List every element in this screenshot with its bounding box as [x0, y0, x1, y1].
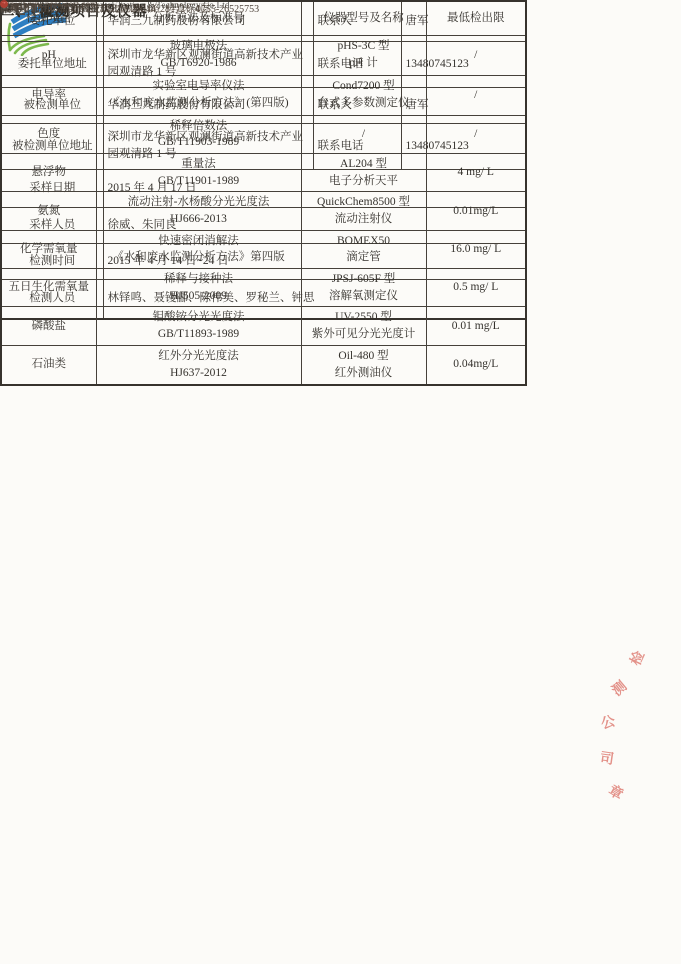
instrument-cell: / [301, 115, 426, 153]
cell-line: GB/T11893-1989 [101, 326, 297, 343]
cell-line: 稀释与接种法 [101, 271, 297, 288]
method-cell: 玻璃电极法GB/T6920-1986 [96, 35, 301, 75]
cell-line: Oil-480 型 [306, 348, 422, 365]
instrument-cell: QuickChem8500 型流动注射仪 [301, 192, 426, 230]
items-table: 检测项目分析方法及标准号仪器型号及名称最低检出限pH玻璃电极法GB/T6920-… [0, 0, 527, 386]
item-cell: 氨氮 [1, 192, 96, 230]
item-cell: 悬浮物 [1, 153, 96, 191]
items-row: 五日生化需氧量稀释与接种法HJ505-2009JPSJ-605F 型溶解氧测定仪… [1, 268, 526, 306]
cell-line: 稀释倍数法 [101, 118, 297, 135]
item-cell: 磷酸盐 [1, 307, 96, 345]
instrument-cell: UV-2550 型紫外可见分光光度计 [301, 307, 426, 345]
limit-cell: 4 mg/ L [426, 153, 526, 191]
method-cell: 稀释与接种法HJ505-2009 [96, 268, 301, 306]
limit-cell: 0.04mg/L [426, 345, 526, 385]
limit-cell: 0.01mg/L [426, 192, 526, 230]
method-cell: 实验室电导率仪法《水和废水监测分析方法》(第四版) [96, 75, 301, 115]
cell-line: 《水和废水监测分析方法》(第四版) [101, 95, 297, 112]
cell-line: 实验室电导率仪法 [101, 78, 297, 95]
cell-line: BOMEX50 [306, 233, 422, 250]
instrument-cell: pHS-3C 型pH 计 [301, 35, 426, 75]
items-row: 悬浮物重量法GB/T11901-1989AL204 型电子分析天平4 mg/ L [1, 153, 526, 191]
item-cell: pH [1, 35, 96, 75]
instrument-cell: Oil-480 型红外测油仪 [301, 345, 426, 385]
instrument-cell: Cond7200 型台式多参数测定仪 [301, 75, 426, 115]
limit-cell: 16.0 mg/ L [426, 230, 526, 268]
cell-line: 《水和废水监测分析方法》第四版 [101, 249, 297, 266]
cell-line: GB/T11903-1989 [101, 134, 297, 151]
column-header: 仪器型号及名称 [301, 1, 426, 35]
method-cell: 稀释倍数法GB/T11903-1989 [96, 115, 301, 153]
method-cell: 红外分光光度法HJ637-2012 [96, 345, 301, 385]
cell-line: HJ666-2013 [101, 211, 297, 228]
items-row: pH玻璃电极法GB/T6920-1986pHS-3C 型pH 计/ [1, 35, 526, 75]
instrument-cell: BOMEX50滴定管 [301, 230, 426, 268]
cell-line: pHS-3C 型 [306, 38, 422, 55]
seal-character: 检 [625, 647, 649, 668]
item-cell: 五日生化需氧量 [1, 268, 96, 306]
cell-line: 滴定管 [306, 249, 422, 266]
cell-line: 红外分光光度法 [101, 348, 297, 365]
cell-line: 电子分析天平 [306, 173, 422, 190]
limit-cell: 0.5 mg/ L [426, 268, 526, 306]
cell-line: UV-2550 型 [306, 309, 422, 326]
limit-cell: 0.01 mg/L [426, 307, 526, 345]
seal-character: 章 [605, 780, 627, 804]
cell-line: JPSJ-605F 型 [306, 271, 422, 288]
report-page: PETT Shenzhen Pass Enviornmental Testing… [0, 0, 681, 964]
cell-line: 快速密闭消解法 [101, 233, 297, 250]
cell-line: QuickChem8500 型 [306, 194, 422, 211]
footer-contact: 联系电话：0755-26525735 26620044 传真：0755-2652… [0, 0, 259, 15]
items-table-body: 检测项目分析方法及标准号仪器型号及名称最低检出限pH玻璃电极法GB/T6920-… [1, 1, 526, 385]
item-cell: 电导率 [1, 75, 96, 115]
limit-cell: / [426, 35, 526, 75]
cell-line: GB/T11901-1989 [101, 173, 297, 190]
items-row: 氨氮流动注射-水杨酸分光光度法HJ666-2013QuickChem8500 型… [1, 192, 526, 230]
cell-line: GB/T6920-1986 [101, 55, 297, 72]
cell-line: HJ505-2009 [101, 288, 297, 305]
items-row: 化学需氧量快速密闭消解法《水和废水监测分析方法》第四版BOMEX50滴定管16.… [1, 230, 526, 268]
seal-character: 司 [599, 747, 616, 769]
cell-line: 流动注射-水杨酸分光光度法 [101, 194, 297, 211]
method-cell: 钼酸铵分光光度法GB/T11893-1989 [96, 307, 301, 345]
items-row: 色度稀释倍数法GB/T11903-1989// [1, 115, 526, 153]
item-cell: 化学需氧量 [1, 230, 96, 268]
instrument-cell: JPSJ-605F 型溶解氧测定仪 [301, 268, 426, 306]
cell-line: 重量法 [101, 156, 297, 173]
cell-line: 红外测油仪 [306, 365, 422, 382]
limit-cell: / [426, 75, 526, 115]
seal-ring [0, 0, 8, 8]
cell-line: 玻璃电极法 [101, 38, 297, 55]
cell-line: AL204 型 [306, 156, 422, 173]
instrument-cell: AL204 型电子分析天平 [301, 153, 426, 191]
cell-line: Cond7200 型 [306, 78, 422, 95]
item-cell: 色度 [1, 115, 96, 153]
items-row: 石油类红外分光光度法HJ637-2012Oil-480 型红外测油仪0.04mg… [1, 345, 526, 385]
cell-line: 流动注射仪 [306, 211, 422, 228]
items-row: 磷酸盐钼酸铵分光光度法GB/T11893-1989UV-2550 型紫外可见分光… [1, 307, 526, 345]
limit-cell: / [426, 115, 526, 153]
seal-character: 公 [599, 710, 618, 733]
cell-line: pH 计 [306, 55, 422, 72]
seal-character: 测 [607, 676, 631, 700]
method-cell: 重量法GB/T11901-1989 [96, 153, 301, 191]
cell-line: 台式多参数测定仪 [306, 95, 422, 112]
cell-line: 紫外可见分光光度计 [306, 326, 422, 343]
cell-line: / [306, 126, 422, 143]
cell-line: HJ637-2012 [101, 365, 297, 382]
cell-line: 溶解氧测定仪 [306, 288, 422, 305]
column-header: 最低检出限 [426, 1, 526, 35]
cell-line: 钼酸铵分光光度法 [101, 309, 297, 326]
items-row: 电导率实验室电导率仪法《水和废水监测分析方法》(第四版)Cond7200 型台式… [1, 75, 526, 115]
item-cell: 石油类 [1, 345, 96, 385]
method-cell: 快速密闭消解法《水和废水监测分析方法》第四版 [96, 230, 301, 268]
method-cell: 流动注射-水杨酸分光光度法HJ666-2013 [96, 192, 301, 230]
